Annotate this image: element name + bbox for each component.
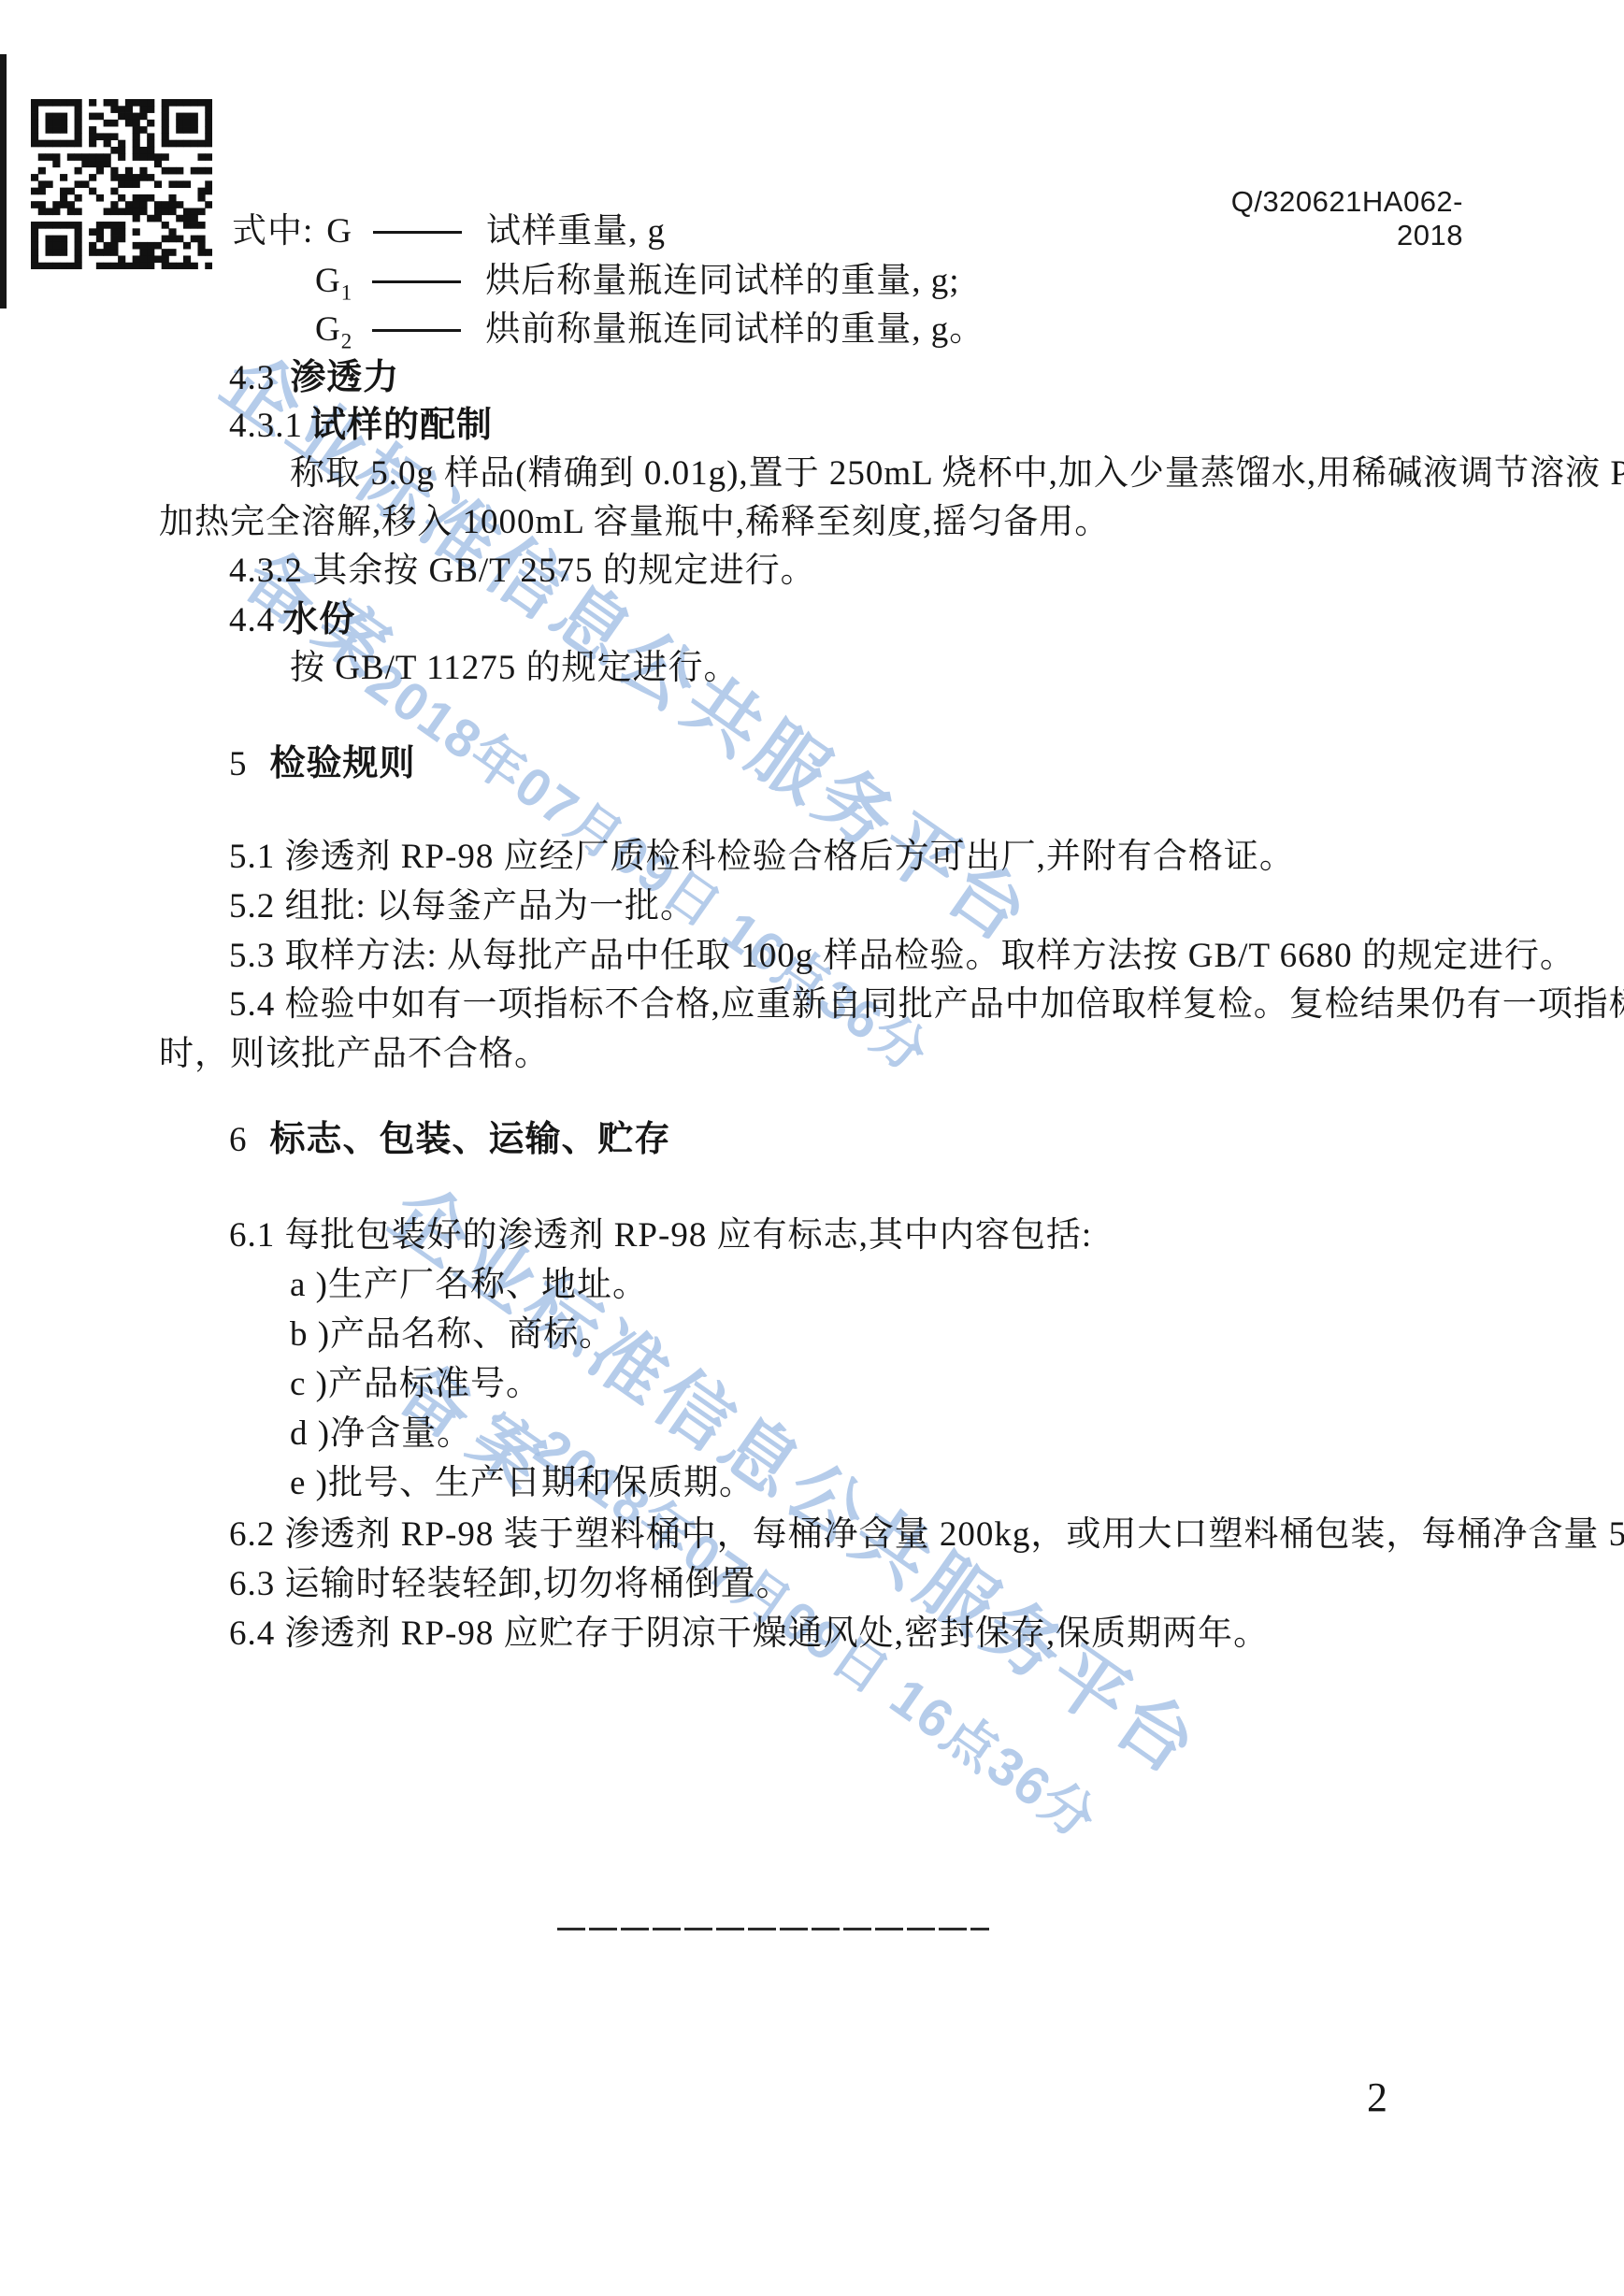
heading-4-3: 4.3渗透力 xyxy=(229,356,399,400)
end-separator-line xyxy=(557,1928,989,1930)
formula-dash xyxy=(373,231,462,234)
clause-6-3: 6.3 运输时轻装轻卸,切勿将桶倒置。 xyxy=(229,1563,792,1606)
formula-symbol: G xyxy=(315,310,341,349)
heading-title: 水份 xyxy=(282,600,355,639)
heading-number: 6 xyxy=(229,1121,248,1159)
scan-artifact-bar xyxy=(0,54,7,309)
paragraph-4-3-1-line2: 加热完全溶解,移入 1000mL 容量瓶中,稀释至刻度,摇匀备用。 xyxy=(159,501,1110,544)
clause-6-4: 6.4 渗透剂 RP-98 应贮存于阴凉干燥通风处,密封保存,保质期两年。 xyxy=(229,1613,1269,1656)
heading-4-4: 4.4水份 xyxy=(229,598,355,642)
heading-number: 5 xyxy=(229,745,248,783)
document-page: 企业标准信息公共服务平台 备案 2018年07月09日 16点36分 企业标准信… xyxy=(0,0,1624,2296)
formula-symbol: G xyxy=(326,212,352,251)
heading-number: 4.3 xyxy=(229,359,275,397)
formula-row-g: 式中:G试样重量, g xyxy=(232,210,666,253)
list-item-e: e )批号、生产日期和保质期。 xyxy=(290,1462,755,1505)
formula-subscript: 2 xyxy=(341,329,352,352)
page-number: 2 xyxy=(1367,2074,1387,2121)
qr-code xyxy=(31,99,212,269)
clause-5-1: 5.1 渗透剂 RP-98 应经厂质检科检验合格后方可出厂,并附有合格证。 xyxy=(229,836,1295,879)
doc-number: Q/320621HA062-2018 xyxy=(1201,185,1463,252)
formula-desc: 烘后称量瓶连同试样的重量, g; xyxy=(485,262,959,300)
clause-5-3: 5.3 取样方法: 从每批产品中任取 100g 样品检验。取样方法按 GB/T … xyxy=(229,935,1575,978)
formula-subscript: 1 xyxy=(341,280,352,304)
paragraph-4-3-1-line1: 称取 5.0g 样品(精确到 0.01g),置于 250mL 烧杯中,加入少量蒸… xyxy=(290,452,1624,495)
heading-5: 5检验规则 xyxy=(229,742,416,786)
clause-5-4-line2: 时，则该批产品不合格。 xyxy=(159,1033,550,1076)
heading-title: 试样的配制 xyxy=(310,406,493,445)
heading-title: 渗透力 xyxy=(290,358,399,397)
heading-number: 4.4 xyxy=(229,601,275,639)
list-item-c: c )产品标准号。 xyxy=(290,1363,541,1406)
heading-4-3-1: 4.3.1试样的配制 xyxy=(229,404,493,448)
clause-6-2: 6.2 渗透剂 RP-98 装于塑料桶中，每桶净含量 200kg，或用大口塑料桶… xyxy=(229,1514,1624,1557)
clause-5-2: 5.2 组批: 以每釜产品为一批。 xyxy=(229,885,696,928)
heading-title: 标志、包装、运输、贮存 xyxy=(270,1120,671,1159)
list-item-a: a )生产厂名称、地址。 xyxy=(290,1264,648,1307)
heading-title: 检验规则 xyxy=(270,744,416,783)
formula-desc: 烘前称量瓶连同试样的重量, g。 xyxy=(485,310,984,349)
clause-5-4-line1: 5.4 检验中如有一项指标不合格,应重新自同批产品中加倍取样复检。复检结果仍有一… xyxy=(229,983,1624,1026)
formula-desc: 试样重量, g xyxy=(486,212,666,251)
list-item-b: b )产品名称、商标。 xyxy=(290,1313,614,1356)
formula-row-g1: G1烘后称量瓶连同试样的重量, g; xyxy=(315,260,960,314)
paragraph-4-4: 按 GB/T 11275 的规定进行。 xyxy=(290,647,740,690)
clause-4-3-2: 4.3.2 其余按 GB/T 2575 的规定进行。 xyxy=(229,550,816,593)
formula-dash xyxy=(372,329,461,332)
clause-6-1: 6.1 每批包装好的渗透剂 RP-98 应有标志,其中内容包括: xyxy=(229,1214,1092,1257)
heading-number: 4.3.1 xyxy=(229,407,303,445)
formula-intro: 式中: xyxy=(232,212,313,251)
heading-6: 6标志、包装、运输、贮存 xyxy=(229,1118,671,1162)
list-item-d: d )净含量。 xyxy=(290,1413,472,1456)
formula-dash xyxy=(372,280,461,283)
formula-row-g2: G2烘前称量瓶连同试样的重量, g。 xyxy=(315,309,984,363)
formula-symbol: G xyxy=(315,262,341,300)
